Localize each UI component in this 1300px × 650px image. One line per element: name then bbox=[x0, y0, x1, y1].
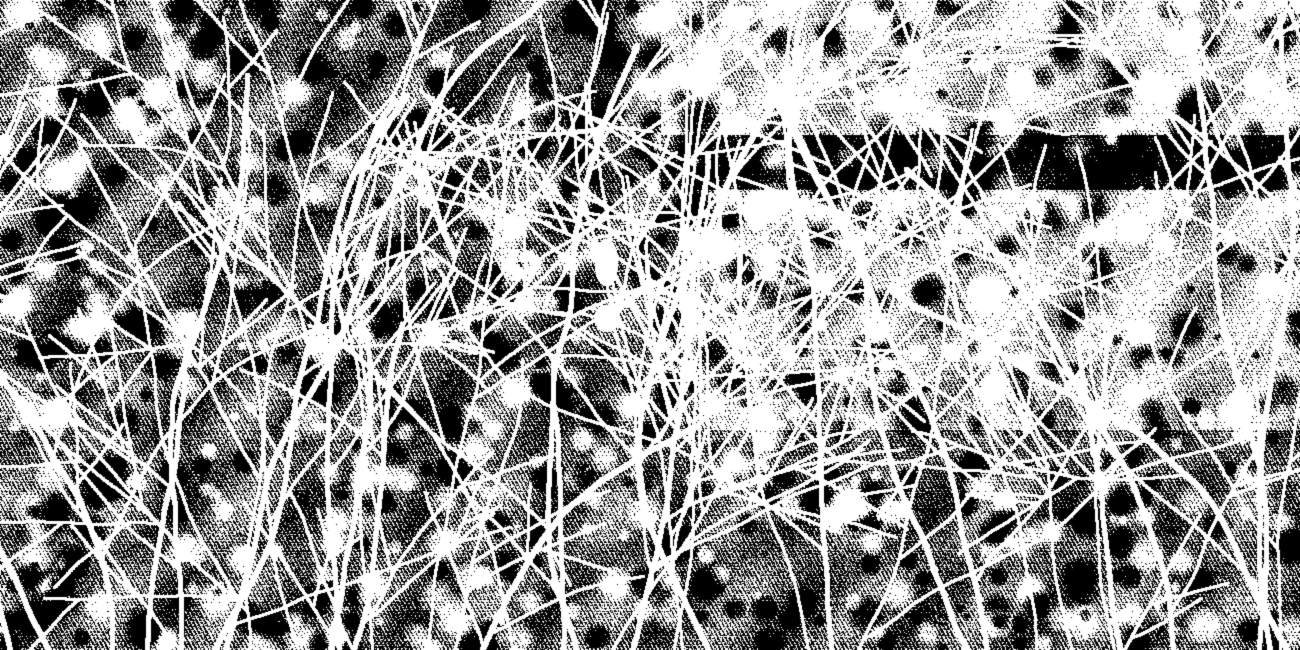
dithered-photo bbox=[0, 0, 1300, 650]
